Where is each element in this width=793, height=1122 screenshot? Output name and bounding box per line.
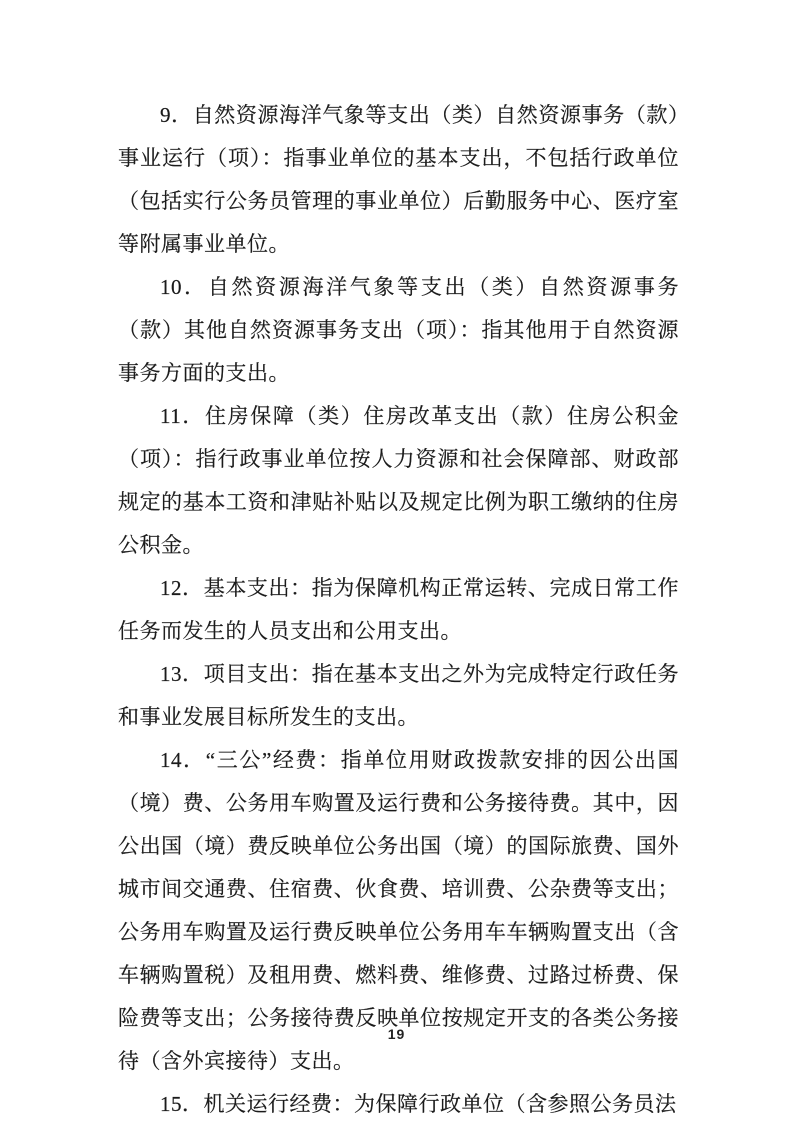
paragraph-item-9: 9．自然资源海洋气象等支出（类）自然资源事务（款）事业运行（项）：指事业单位的基… [118,94,679,266]
paragraph-item-15: 15．机关运行经费：为保障行政单位（含参照公务员法 [118,1083,679,1122]
paragraph-item-12: 12．基本支出：指为保障机构正常运转、完成日常工作任务而发生的人员支出和公用支出… [118,567,679,653]
document-page: 9．自然资源海洋气象等支出（类）自然资源事务（款）事业运行（项）：指事业单位的基… [0,0,793,1122]
paragraph-item-10: 10．自然资源海洋气象等支出（类）自然资源事务（款）其他自然资源事务支出（项）：… [118,266,679,395]
paragraph-item-11: 11．住房保障（类）住房改革支出（款）住房公积金（项）：指行政事业单位按人力资源… [118,395,679,567]
document-body: 9．自然资源海洋气象等支出（类）自然资源事务（款）事业运行（项）：指事业单位的基… [118,94,679,1122]
paragraph-item-13: 13．项目支出：指在基本支出之外为完成特定行政任务和事业发展目标所发生的支出。 [118,653,679,739]
page-footer: 19 [0,1026,793,1044]
page-number: 19 [388,1026,406,1042]
